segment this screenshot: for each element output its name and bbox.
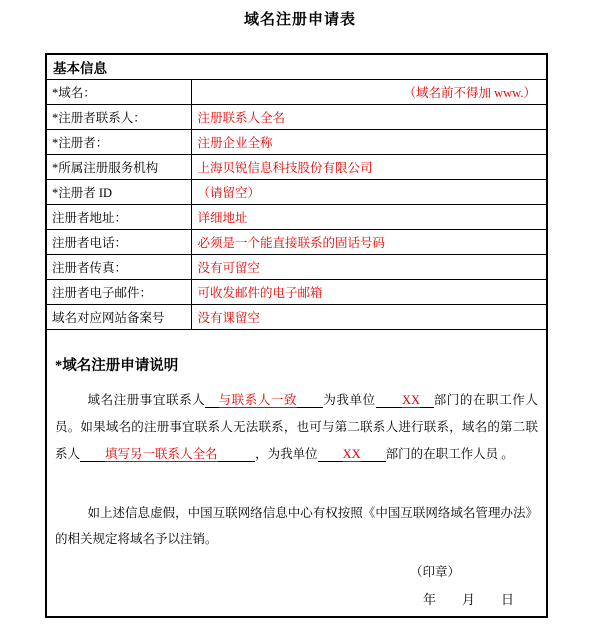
declaration-paragraph-1: 域名注册事宜联系人 与联系人一致 为我单位 XX 部门的在职工作人员。如果域名的…: [55, 387, 538, 468]
fill-in-red-text: XX: [343, 447, 361, 462]
form-row: 注册者电子邮件：可收发邮件的电子邮箱: [46, 280, 547, 305]
paragraph-text: 域名注册事宜联系人: [88, 393, 206, 407]
field-value-hint: 注册联系人全名: [191, 105, 547, 130]
field-label: 注册者地址：: [46, 205, 191, 230]
field-label: *域名：: [46, 80, 191, 105]
form-row: 域名对应网站备案号没有课留空: [46, 305, 547, 330]
form-row: 注册者电话：必须是一个能直接联系的固话号码: [46, 230, 547, 255]
document-page: 域名注册申请表 基本信息 *域名：（域名前不得加 www.）*注册者联系人：注册…: [0, 0, 600, 627]
fill-in-blank-underline: [318, 447, 343, 462]
seal-placeholder: （印章）: [55, 562, 538, 580]
fill-in-blank-underline: [205, 393, 218, 408]
field-value-hint: 详细地址: [191, 205, 547, 230]
field-label: 域名对应网站备案号: [46, 305, 191, 330]
section-header: 基本信息: [46, 54, 547, 80]
form-row: *域名：（域名前不得加 www.）: [46, 80, 547, 105]
declaration-cell: *域名注册申请说明 域名注册事宜联系人 与联系人一致 为我单位 XX 部门的在职…: [46, 330, 547, 618]
field-label: *所属注册服务机构: [46, 155, 191, 180]
field-label: 注册者传真：: [46, 255, 191, 280]
paragraph-text: ，为我单位: [255, 447, 318, 461]
field-value-hint: （请留空）: [191, 180, 547, 205]
declaration-row: *域名注册申请说明 域名注册事宜联系人 与联系人一致 为我单位 XX 部门的在职…: [46, 330, 547, 618]
fill-in-blank-underline: [420, 393, 434, 408]
paragraph-text: 为我单位: [323, 393, 375, 407]
fill-in-red-text: XX: [402, 393, 420, 408]
field-label: *注册者联系人：: [46, 105, 191, 130]
fill-in-blank-underline: [80, 447, 105, 462]
form-row: *注册者联系人：注册联系人全名: [46, 105, 547, 130]
field-value-hint: 必须是一个能直接联系的固话号码: [191, 230, 547, 255]
fill-in-red-text: 填写另一联系人全名: [105, 447, 218, 462]
form-row: *注册者：注册企业全称: [46, 130, 547, 155]
form-rows: *域名：（域名前不得加 www.）*注册者联系人：注册联系人全名*注册者：注册企…: [46, 80, 547, 330]
field-value-hint: 没有可留空: [191, 255, 547, 280]
fill-in-red-text: 与联系人一致: [219, 393, 298, 408]
field-label: 注册者电话：: [46, 230, 191, 255]
fill-in-blank-underline: [361, 447, 386, 462]
paragraph-text: 部门的在职工作人员 。: [386, 447, 514, 461]
field-value-hint: 没有课留空: [191, 305, 547, 330]
form-row: *所属注册服务机构上海贝锐信息科技股份有限公司: [46, 155, 547, 180]
section-header-row: 基本信息: [46, 54, 547, 80]
registration-form-table: 基本信息 *域名：（域名前不得加 www.）*注册者联系人：注册联系人全名*注册…: [45, 53, 548, 618]
declaration-paragraph-2: 如上述信息虚假，中国互联网络信息中心有权按照《中国互联网络域名管理办法》的相关规…: [55, 500, 538, 552]
form-row: *注册者 ID（请留空）: [46, 180, 547, 205]
field-value-hint: （域名前不得加 www.）: [191, 80, 547, 105]
field-label: *注册者：: [46, 130, 191, 155]
field-value-hint: 上海贝锐信息科技股份有限公司: [191, 155, 547, 180]
field-value-hint: 注册企业全称: [191, 130, 547, 155]
form-row: 注册者传真：没有可留空: [46, 255, 547, 280]
form-row: 注册者地址：详细地址: [46, 205, 547, 230]
fill-in-blank-underline: [218, 447, 256, 462]
field-label: 注册者电子邮件：: [46, 280, 191, 305]
document-title: 域名注册申请表: [0, 8, 600, 29]
fill-in-blank-underline: [376, 393, 402, 408]
date-placeholder: 年 月 日: [55, 589, 538, 608]
fill-in-blank-underline: [297, 393, 323, 408]
field-value-hint: 可收发邮件的电子邮箱: [191, 280, 547, 305]
declaration-heading: *域名注册申请说明: [55, 354, 538, 375]
field-label: *注册者 ID: [46, 180, 191, 205]
